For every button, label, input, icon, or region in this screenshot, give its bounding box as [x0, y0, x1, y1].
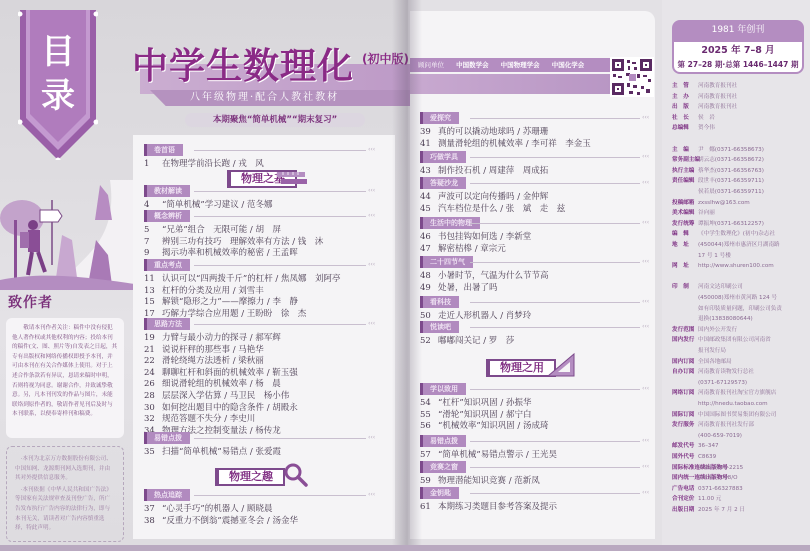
- info-row: 社 长侯 岩: [672, 114, 808, 123]
- page-number: 28: [144, 390, 162, 402]
- info-row: 印 制河南文达印刷公司: [672, 283, 808, 292]
- toc-entry[interactable]: 48小暑时节，气温为什么节节高: [420, 270, 549, 282]
- article-title: “兄弟”组合 无限可能: [162, 225, 247, 235]
- info-value: (0371-67129573): [698, 380, 747, 386]
- info-row: 发行范围国内外公开发行: [672, 326, 808, 335]
- article-title: “心灵手巧”的机器人: [162, 504, 239, 514]
- page-number: 44: [420, 191, 438, 203]
- sponsors: 顾问单位 中国数学会 中国物理学会 中国化学会: [418, 58, 584, 72]
- info-value: (400-659-7019): [698, 433, 742, 439]
- info-row: 编 辑《中学生数理化》(初中)杂志社: [672, 230, 808, 239]
- toc-entry[interactable]: 9揭示功率和机械效率的秘密 / 王孟晖: [144, 247, 298, 259]
- chevrons-icon: ‹‹‹: [368, 212, 375, 220]
- separator: /: [498, 398, 506, 408]
- toc-entry[interactable]: 46书包挂钩如何选 / 李新堂: [420, 231, 531, 243]
- info-value: CN 41-1098/O: [698, 475, 738, 481]
- info-value: 河南教育报刊社: [698, 104, 737, 110]
- article-title: 物理潜能知识竞赛: [438, 476, 506, 486]
- category-tag: 重点考点: [144, 259, 190, 271]
- page-number: 35: [144, 446, 162, 458]
- page-number: 48: [420, 270, 438, 282]
- info-row: (0371-67129573): [672, 379, 808, 388]
- page-number: 1: [144, 158, 162, 170]
- info-label: 合刊定价: [672, 495, 698, 504]
- info-value: 退换(13838080644): [698, 316, 753, 322]
- chevrons-icon: ‹‹‹: [642, 114, 649, 122]
- info-label: 印 制: [672, 283, 698, 292]
- info-row: 合刊定价11.00 元: [672, 495, 808, 504]
- page-number: 61: [420, 501, 438, 513]
- info-value: 36–347: [698, 443, 719, 449]
- info-row: (450008)郑州市黄河路 124 号: [672, 294, 808, 303]
- toc-entry[interactable]: 44声波可以定向传播吗 / 金仲辉: [420, 191, 548, 203]
- info-value: 2025 年 7 月 2 日: [698, 507, 745, 513]
- category-divider: [470, 389, 640, 390]
- info-row: 主 管河南教育报刊社: [672, 82, 808, 91]
- info-row: 美术编辑谷向丽: [672, 209, 808, 218]
- article-title: 解锁“隐形之力”——摩擦力: [162, 297, 264, 307]
- info-row: 邮发代号36–347: [672, 442, 808, 451]
- page-number: 45: [420, 203, 438, 215]
- article-author: 肖梦玲: [506, 311, 532, 321]
- info-label: 主 办: [672, 93, 698, 102]
- article-title: 聊聊杠杆和斜面的机械效率: [162, 368, 264, 378]
- page-number: 41: [420, 138, 438, 150]
- toc-entry[interactable]: 1在物理学前沿长跑 / 戎 风: [144, 158, 264, 170]
- page-number: 26: [144, 378, 162, 390]
- page-number: 21: [144, 344, 162, 356]
- article-author: 杨 晨: [255, 379, 281, 389]
- chevrons-icon: ‹‹‹: [642, 153, 649, 161]
- author-notice-text: 敬请本刊作者关注：稿件中没有侵犯他人著作权或其他权利的内容；投给本刊的稿件(文、…: [12, 324, 118, 420]
- article-author: 李新堂: [506, 232, 532, 242]
- article-author: 胡殿永: [272, 403, 298, 413]
- info-label: 地 址: [672, 241, 698, 250]
- info-value: 谭振坤(0371-66312257): [698, 221, 764, 227]
- article-title: 走近人形机器人: [438, 311, 498, 321]
- article-author: 汤金华: [272, 516, 298, 526]
- info-value: 贺今伟: [698, 125, 715, 131]
- info-row: 国际订阅中国国际图书贸易集团有限公司: [672, 411, 808, 420]
- banner-char-2: 录: [18, 74, 98, 118]
- toc-entry[interactable]: 21说说杆秤的那些事 / 马艳华: [144, 344, 264, 356]
- separator: /: [239, 309, 247, 319]
- chevrons-icon: ‹‹‹: [368, 187, 375, 195]
- notice-indexing: ·本刊为北京万方数据股份有限公司、中国知网、龙源期刊网入选期刊，并由其对外提供信…: [15, 455, 115, 484]
- article-title: 书包挂钩如何选: [438, 232, 498, 242]
- page-number: 57: [420, 449, 438, 461]
- article-author: 周建萍 周成拓: [489, 166, 549, 176]
- category-divider: [470, 327, 640, 328]
- info-row: 出版日期2025 年 7 月 2 日: [672, 506, 808, 515]
- info-row: 17 号 1 号楼: [672, 252, 808, 261]
- info-value: 河南教育报刊社: [698, 83, 737, 89]
- chevrons-icon: ‹‹‹: [642, 258, 649, 266]
- article-author: 张 斌 走 兹: [506, 204, 566, 214]
- separator: /: [481, 166, 489, 176]
- article-author: 马艳华: [238, 345, 264, 355]
- separator: /: [481, 336, 489, 346]
- info-row: 国际标准连续出版物号ISSN 1003-2215: [672, 464, 808, 473]
- article-author: 戎 风: [238, 159, 264, 169]
- info-label: 发行范围: [672, 326, 698, 335]
- category-tag: 易错点拨: [144, 432, 190, 444]
- article-author: 靳玉强: [272, 368, 298, 378]
- info-label: 发行服务: [672, 421, 698, 430]
- article-author: 刘雪丰: [238, 286, 264, 296]
- info-label: 编 辑: [672, 230, 698, 239]
- info-row: 主 办河南教育报刊社: [672, 93, 808, 102]
- toc-entry[interactable]: 43制作投石机 / 周建萍 周成拓: [420, 165, 548, 177]
- article-author: 郝宁白: [506, 410, 532, 420]
- page-number: 39: [420, 126, 438, 138]
- info-value: ISSN 1003-2215: [698, 465, 743, 471]
- page-number: 55: [420, 409, 438, 421]
- info-value: 报刊发行局: [698, 348, 726, 354]
- page-number: 49: [420, 282, 438, 294]
- info-label: 国内订阅: [672, 358, 698, 367]
- toc-entry[interactable]: 5“兄弟”组合 无限可能 / 胡 屏: [144, 224, 281, 236]
- info-value: 中国国际图书贸易集团有限公司: [698, 412, 776, 418]
- category-divider: [194, 495, 366, 496]
- set-square-icon: [546, 352, 576, 378]
- info-row: 如有印装质量问题，印刷公司负责: [672, 305, 808, 314]
- info-row: 投稿邮箱zxsslhw@163.com: [672, 199, 808, 208]
- info-value: zxsslhw@163.com: [698, 200, 750, 206]
- info-value: C8639: [698, 454, 716, 460]
- info-value: 段世丰(0371-66359711): [698, 178, 764, 184]
- category-tag: 思路方法: [144, 318, 190, 330]
- article-author: 汤成琦: [523, 421, 549, 431]
- info-label: 美术编辑: [672, 209, 698, 218]
- toc-entry[interactable]: 30如何挖出题目中的隐含条件 / 胡殿永: [144, 402, 298, 414]
- page-number: 32: [144, 413, 162, 425]
- info-label: 邮发代号: [672, 442, 698, 451]
- article-title: 细说滑轮组的机械效率: [162, 379, 247, 389]
- category-divider: [470, 467, 640, 468]
- article-author: 郝军辉: [255, 333, 281, 343]
- info-row: 网 址http://www.shuren100.com: [672, 262, 808, 271]
- issue-date: 2025 年 7–8 月: [674, 43, 802, 58]
- info-row: (400-659-7019): [672, 432, 808, 441]
- info-label: 责任编辑: [672, 177, 698, 186]
- category-divider: [194, 265, 366, 266]
- article-author: 范新凤: [514, 476, 540, 486]
- toc-entry[interactable]: 19力臂与最小动力的探寻 / 郝军辉: [144, 332, 281, 344]
- chevrons-icon: ‹‹‹: [642, 298, 649, 306]
- toc-entry[interactable]: 47解密桔槔 / 章宗元: [420, 243, 506, 255]
- chevrons-icon: ‹‹‹: [368, 434, 375, 442]
- page-number: 47: [420, 243, 438, 255]
- toc-entry[interactable]: 13杠杆的分类及应用 / 刘雪丰: [144, 285, 264, 297]
- toc-entry[interactable]: 11认识可以“四两拨千斤”的杠杆 / 焦凤娜 刘阿亭: [144, 273, 341, 285]
- info-value: 11.00 元: [698, 496, 721, 502]
- issue-focus: 本期聚焦“简单机械”“期末复习”: [185, 113, 365, 127]
- toc-entry[interactable]: 41测量滑轮组的机械效率 / 李可祥 李金玉: [420, 138, 591, 150]
- article-title: 认识可以“四两拨千斤”的杠杆: [162, 274, 273, 284]
- article-author: 罗 莎: [489, 336, 515, 346]
- article-author: 王光昊: [531, 450, 557, 460]
- page-number: 30: [144, 402, 162, 414]
- toc-entry[interactable]: 37“心灵手巧”的机器人 / 顾晓晨: [144, 503, 273, 515]
- info-row: 发行统筹谭振坤(0371-66312257): [672, 220, 808, 229]
- info-row: 自办订阅河南教育读物发行总社: [672, 368, 808, 377]
- chevrons-icon: ‹‹‹: [368, 146, 375, 154]
- info-value: 中国邮政集团有限公司河南省: [698, 337, 771, 343]
- info-row: 国内发行中国邮政集团有限公司河南省: [672, 336, 808, 345]
- toc-entry[interactable]: 35扫描“简单机械”易错点 / 张爱霞: [144, 446, 281, 458]
- category-divider: [470, 157, 640, 158]
- category-divider: [194, 191, 366, 192]
- toc-entry[interactable]: 52嘟嘟闯关记 / 罗 莎: [420, 335, 514, 347]
- page-number: 56: [420, 420, 438, 432]
- info-row: http://hnedu.taobao.com: [672, 400, 808, 409]
- article-author: 梁秋丽: [238, 356, 264, 366]
- info-row: 国内统一连续出版物号CN 41-1098/O: [672, 474, 808, 483]
- category-tag: 易错点拨: [420, 435, 466, 447]
- info-value: 河南教育报刊社: [698, 94, 737, 100]
- article-author: 苏珊珊: [523, 127, 549, 137]
- chevrons-icon: ‹‹‹: [642, 437, 649, 445]
- page-number: 11: [144, 273, 162, 285]
- info-row: 常务副主编胡云志(0371-66358672): [672, 156, 808, 165]
- article-title: 解密桔槔: [438, 244, 472, 254]
- info-value: http://www.shuren100.com: [698, 263, 774, 269]
- page-number: 43: [420, 165, 438, 177]
- info-row: 退换(13838080644): [672, 315, 808, 324]
- toc-entry[interactable]: 45汽车档位是什么 / 张 斌 走 兹: [420, 203, 565, 215]
- category-tag: 卷首语: [144, 144, 183, 156]
- science-deco-band: [410, 74, 615, 94]
- toc-entry[interactable]: 55“滑轮”知识巩固 / 郝宁白: [420, 409, 532, 421]
- toc-entry[interactable]: 15解锁“隐形之力”——摩擦力 / 李 静: [144, 296, 298, 308]
- article-title: 说说杆秤的那些事: [162, 345, 230, 355]
- page-number: 19: [144, 332, 162, 344]
- toc-entry[interactable]: 39真的可以撬动地球吗 / 苏珊珊: [420, 126, 548, 138]
- article-title: 汽车档位是什么: [438, 204, 498, 214]
- toc-entry[interactable]: 22滑轮绕绳方法透析 / 梁秋丽: [144, 355, 264, 367]
- page-number: 38: [144, 515, 162, 527]
- hiker-illustration-icon: [0, 180, 135, 290]
- info-row: 发行服务河南教育报刊社发行部: [672, 421, 808, 430]
- article-title: 测量滑轮组的机械效率: [438, 139, 523, 149]
- category-tag: 二十四节气: [420, 256, 473, 268]
- separator: /: [239, 504, 247, 514]
- category-tag: 竞赛之窗: [420, 461, 466, 473]
- article-title: 处暑，出暑了吗: [438, 283, 498, 293]
- category-divider: [470, 118, 640, 119]
- qr-code-icon[interactable]: [610, 57, 654, 97]
- info-label: 发行统筹: [672, 220, 698, 229]
- sponsor-physics: 中国物理学会: [501, 61, 540, 69]
- article-title: “反重力不倒翁”震撼亚冬会: [162, 516, 264, 526]
- toc-entry[interactable]: 61本期练习类题目参考答案及提示: [420, 501, 557, 513]
- article-title: 层层深入学估算: [162, 391, 222, 401]
- separator: /: [273, 274, 281, 284]
- article-title: 扫描“简单机械”易错点: [162, 447, 247, 457]
- info-value: 河南文达印刷公司: [698, 284, 743, 290]
- chevrons-icon: ‹‹‹: [642, 463, 649, 471]
- banner-title: 目 录: [18, 30, 98, 118]
- toc-entry[interactable]: 59物理潜能知识竞赛 / 范新凤: [420, 475, 540, 487]
- masthead: 中学生数理化 (初中版): [130, 38, 410, 98]
- info-row: 国外代号C8639: [672, 453, 808, 462]
- category-tag: 教材解读: [144, 185, 190, 197]
- page-number: 9: [144, 247, 162, 259]
- separator: /: [515, 192, 523, 202]
- article-title: 揭示功率和机械效率的秘密: [162, 248, 264, 258]
- article-author: 范冬娜: [247, 200, 273, 210]
- info-label: 广告电话: [672, 485, 698, 494]
- separator: /: [498, 311, 506, 321]
- separator: /: [498, 232, 506, 242]
- separator: /: [290, 237, 298, 247]
- info-value: 河南教育读物发行总社: [698, 369, 754, 375]
- info-value: (450008)郑州市黄河路 124 号: [698, 295, 777, 301]
- info-label: 总编辑: [672, 124, 698, 133]
- page-number: 7: [144, 236, 162, 248]
- banner-char-1: 目: [18, 30, 98, 74]
- article-author: 王孟晖: [272, 248, 298, 258]
- article-title: 如何挖出题目中的隐含条件: [162, 403, 264, 413]
- article-author: 金仲辉: [523, 192, 549, 202]
- article-author: 章宗元: [480, 244, 506, 254]
- category-tag: 学以致用: [420, 383, 466, 395]
- info-label: 出版日期: [672, 506, 698, 515]
- article-author: 张爱霞: [255, 447, 281, 457]
- chevrons-icon: ‹‹‹: [642, 179, 649, 187]
- sponsor-chemistry: 中国化学会: [552, 61, 585, 69]
- article-title: 声波可以定向传播吗: [438, 192, 515, 202]
- article-author: 杨传龙: [255, 426, 281, 436]
- toc-entry[interactable]: 28层层深入学估算 / 马卫民 杨小伟: [144, 390, 289, 402]
- article-title: “简单机械”学习建议: [162, 200, 239, 210]
- info-row: 广告电话0371-66327883: [672, 485, 808, 494]
- info-value: 河南教育报刊社发行部: [698, 422, 754, 428]
- info-label: 执行主编: [672, 167, 698, 176]
- contents-banner: 目 录: [18, 10, 98, 160]
- author-notice-title: 致作者: [8, 292, 53, 312]
- category-divider: [470, 183, 640, 184]
- article-title: 杠杆的分类及应用: [162, 286, 230, 296]
- sponsor-math: 中国数学会: [456, 61, 489, 69]
- category-divider: [470, 441, 640, 442]
- toc-entry[interactable]: 7辨别三功有技巧 理解效率有方法 / 钱 沐: [144, 236, 323, 248]
- article-author: 钱 沐: [298, 237, 324, 247]
- page-number: 46: [420, 231, 438, 243]
- category-tag: 看科技: [420, 296, 459, 308]
- category-tag: 悦读吧: [420, 321, 459, 333]
- info-row: [672, 135, 808, 144]
- article-author: 顾晓晨: [247, 504, 273, 514]
- issue-box: 2025 年 7–8 月 第 27–28 期·总第 1446–1447 期: [672, 40, 804, 74]
- sponsor-label: 顾问单位: [418, 61, 444, 69]
- info-label: 自办订阅: [672, 368, 698, 377]
- page-number: 37: [144, 503, 162, 515]
- article-title: 力臂与最小动力的探寻: [162, 333, 247, 343]
- chevrons-icon: ‹‹‹: [642, 323, 649, 331]
- info-value: 17 号 1 号楼: [698, 253, 731, 259]
- article-author: 李史川: [230, 414, 256, 424]
- info-label: 网络订阅: [672, 389, 698, 398]
- page-number: 22: [144, 355, 162, 367]
- article-title: 本期练习类题目参考答案及提示: [438, 502, 557, 512]
- info-row: 出 版河南教育报刊社: [672, 103, 808, 112]
- info-value: 侯若晨(0371-66359711): [698, 189, 764, 195]
- toc-entry[interactable]: 24聊聊杠杆和斜面的机械效率 / 靳玉强: [144, 367, 298, 379]
- info-row: 国内订阅全国各地邮局: [672, 358, 808, 367]
- info-label: 主 编: [672, 146, 698, 155]
- info-label: 国内发行: [672, 336, 698, 345]
- issue-numbers: 第 27–28 期·总第 1446–1447 期: [674, 58, 802, 71]
- chevrons-icon: ‹‹‹: [642, 385, 649, 393]
- article-author: 焦凤娜 刘阿亭: [281, 274, 341, 284]
- ruler-icon: [275, 168, 309, 188]
- toc-entry[interactable]: 38“反重力不倒翁”震撼亚冬会 / 汤金华: [144, 515, 298, 527]
- page-number: 52: [420, 335, 438, 347]
- info-row: 总编辑贺今伟: [672, 124, 808, 133]
- separator: /: [222, 391, 230, 401]
- separator: /: [239, 200, 247, 210]
- article-author: 李 静: [272, 297, 298, 307]
- toc-entry[interactable]: 56“机械效率”知识巩固 / 汤成琦: [420, 420, 549, 432]
- info-label: 国外代号: [672, 453, 698, 462]
- page-number: 59: [420, 475, 438, 487]
- category-divider: [470, 223, 640, 224]
- page-number: 5: [144, 224, 162, 236]
- info-value: 胡云志(0371-66358672): [698, 157, 764, 163]
- magazine-spread: 目 录 中学生数理化 (初中版) 八年级物理·配合人教社教材 本期聚焦“简单机械…: [0, 0, 810, 551]
- category-divider: [470, 302, 640, 303]
- info-value: 谷向丽: [698, 210, 715, 216]
- toc-entry[interactable]: 26细说滑轮组的机械效率 / 杨 晨: [144, 378, 281, 390]
- article-title: 小暑时节，气温为什么节节高: [438, 271, 549, 281]
- category-divider: [194, 324, 366, 325]
- info-label: 投稿邮箱: [672, 199, 698, 208]
- category-tag: 答疑沙龙: [420, 177, 466, 189]
- magnifier-icon: [283, 462, 309, 488]
- info-value: 0371-66327883: [698, 486, 743, 492]
- page-bottom-edge: [0, 545, 810, 551]
- info-value: 尹 娜(0371-66358673): [698, 147, 764, 153]
- notice-advertising: ·本刊依据《中华人民共和国广告法》等国家有关法规审查及刊登广告，所广告发布执行广…: [15, 486, 115, 534]
- toc-entry[interactable]: 57“简单机械”易错点警示 / 王光昊: [420, 449, 557, 461]
- article-author: 李可祥 李金玉: [531, 139, 591, 149]
- toc-entry[interactable]: 32规范答题不失分 / 李史川: [144, 413, 255, 425]
- info-label: 常务副主编: [672, 156, 698, 165]
- page-number: 54: [420, 397, 438, 409]
- info-label: 出 版: [672, 103, 698, 112]
- subtitle: 八年级物理·配合人教社教材: [190, 90, 339, 106]
- separator: /: [515, 421, 523, 431]
- page-number: 13: [144, 285, 162, 297]
- chevrons-icon: ‹‹‹: [368, 261, 375, 269]
- info-value: 蔡华杰(0371-66356763): [698, 168, 764, 174]
- toc-entry[interactable]: 54“杠杆”知识巩固 / 孙振华: [420, 397, 532, 409]
- category-divider: [194, 438, 366, 439]
- toc-entry[interactable]: 49处暑，出暑了吗: [420, 282, 498, 294]
- author-notice-box: 敬请本刊作者关注：稿件中没有侵犯他人著作权或其他权利的内容；投给本刊的稿件(文、…: [6, 318, 124, 438]
- part-header-fun: 物理之趣: [215, 468, 285, 486]
- category-tag: 金钥匙: [420, 487, 459, 499]
- article-title: 真的可以撬动地球吗: [438, 127, 515, 137]
- article-author: 孙振华: [506, 398, 532, 408]
- page-number: 24: [144, 367, 162, 379]
- info-value: 《中学生数理化》(初中)杂志社: [698, 231, 775, 237]
- chevrons-icon: ‹‹‹: [368, 320, 375, 328]
- category-tag: 概念辨析: [144, 210, 190, 222]
- info-label: 国际标准连续出版物号: [672, 464, 698, 473]
